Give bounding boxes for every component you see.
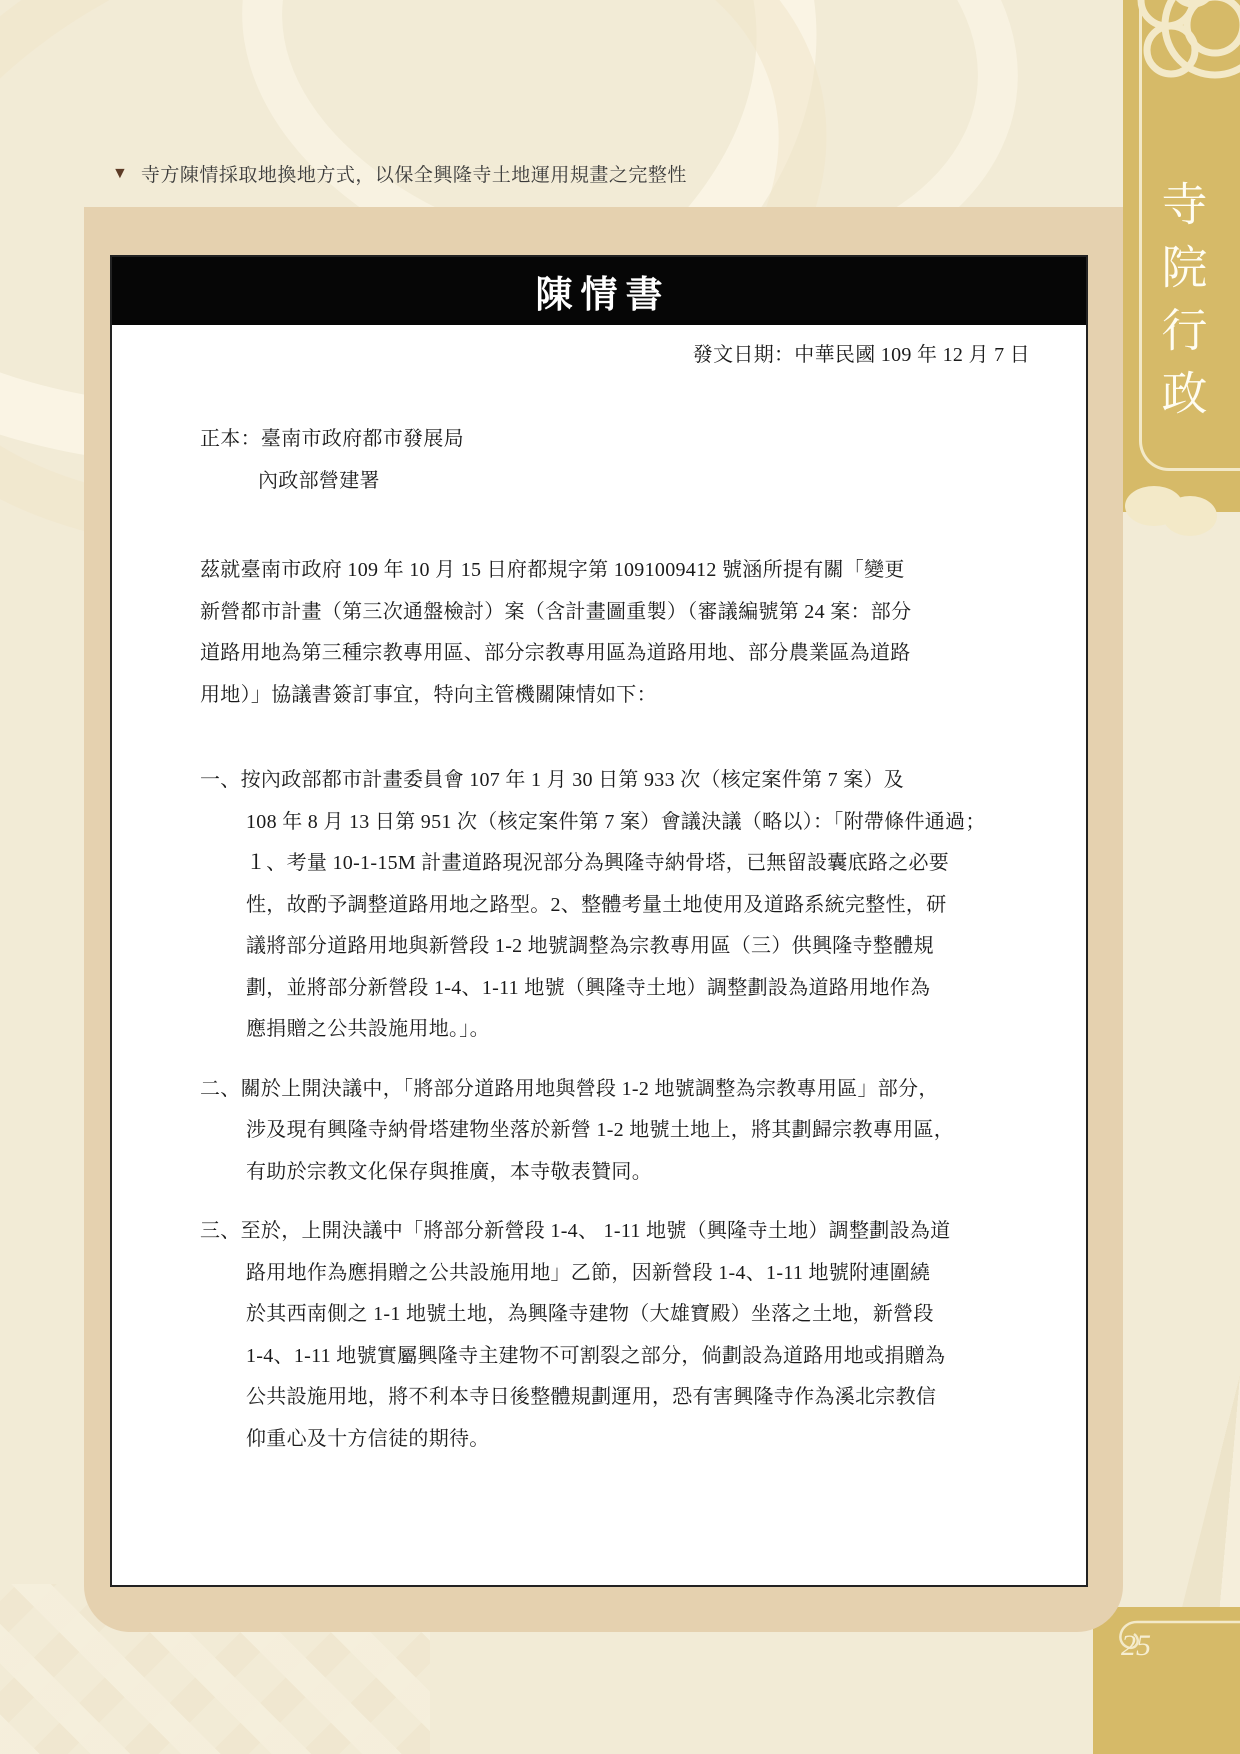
document-text-line: 劃，並將部分新營段 1-4、1-11 地號（興隆寺土地）調整劃設為道路用地作為 xyxy=(246,968,1030,1010)
chapter-sidebar-band: 寺院行政 xyxy=(1123,0,1240,512)
book-page: 寺院行政 25 ▼ 寺方陳情採取地換地方式，以保全興隆寺土地運用規畫之完整性 陳… xyxy=(0,0,1240,1754)
document-text-line: １、考量 10-1-15M 計畫道路現況部分為興隆寺納骨塔，已無留設囊底路之必要 xyxy=(246,843,1030,885)
issue-date-line: 發文日期：中華民國 109 年 12 月 7 日 xyxy=(200,337,1030,373)
page-number-corner: 25 xyxy=(1093,1607,1240,1754)
document-text-line: 一、按內政部都市計畫委員會 107 年 1 月 30 日第 933 次（核定案件… xyxy=(200,760,1030,802)
chapter-title-vertical: 寺院行政 xyxy=(1159,180,1205,432)
document-body: 發文日期：中華民國 109 年 12 月 7 日 正本：臺南市政府都市發展局內政… xyxy=(112,337,1086,1460)
document-text-line: 有助於宗教文化保存與推廣，本寺敬表贊同。 xyxy=(246,1152,1030,1194)
document-text-line: 用地）」協議書簽訂事宜，特向主管機關陳情如下： xyxy=(200,675,1030,717)
intro-paragraph: 茲就臺南市政府 109 年 10 月 15 日府都規字第 1091009412 … xyxy=(200,550,1030,716)
petition-document: 陳情書 發文日期：中華民國 109 年 12 月 7 日 正本：臺南市政府都市發… xyxy=(110,255,1088,1587)
document-text-line: 茲就臺南市政府 109 年 10 月 15 日府都規字第 1091009412 … xyxy=(200,550,1030,592)
page-number: 25 xyxy=(1121,1629,1151,1663)
cloud-ornament xyxy=(1163,496,1217,536)
document-title: 陳情書 xyxy=(528,264,671,318)
document-text-line: 道路用地為第三種宗教專用區、部分宗教專用區為道路用地、部分農業區為道路 xyxy=(200,633,1030,675)
document-text-line: 路用地作為應捐贈之公共設施用地」乙節，因新營段 1-4、1-11 地號附連圍繞 xyxy=(246,1253,1030,1295)
document-text-line: 108 年 8 月 13 日第 951 次（核定案件第 7 案）會議決議（略以）… xyxy=(246,802,1030,844)
triangle-marker-icon: ▼ xyxy=(112,166,128,182)
document-text-line: 新營都市計畫（第三次通盤檢討）案（含計畫圖重製）（審議編號第 24 案：部分 xyxy=(200,592,1030,634)
item-3: 三、至於，上開決議中「將部分新營段 1-4、 1-11 地號（興隆寺土地）調整劃… xyxy=(200,1211,1030,1460)
section-heading: ▼ 寺方陳情採取地換地方式，以保全興隆寺土地運用規畫之完整性 xyxy=(112,160,687,187)
document-text-line: 1-4、1-11 地號實屬興隆寺主建物不可割裂之部分，倘劃設為道路用地或捐贈為 xyxy=(246,1336,1030,1378)
numbered-items: 一、按內政部都市計畫委員會 107 年 1 月 30 日第 933 次（核定案件… xyxy=(200,760,1030,1460)
recipient-line: 正本：臺南市政府都市發展局 xyxy=(200,419,1030,461)
document-title-bar: 陳情書 xyxy=(112,257,1086,325)
document-text-line: 二、關於上開決議中，「將部分道路用地與營段 1-2 地號調整為宗教專用區」部分， xyxy=(200,1069,1030,1111)
document-text-line: 仰重心及十方信徒的期待。 xyxy=(246,1419,1030,1461)
section-heading-text: 寺方陳情採取地換地方式，以保全興隆寺土地運用規畫之完整性 xyxy=(141,160,687,187)
recipient-block: 正本：臺南市政府都市發展局內政部營建署 xyxy=(200,419,1030,502)
document-text-line: 涉及現有興隆寺納骨塔建物坐落於新營 1-2 地號土地上，將其劃歸宗教專用區， xyxy=(246,1110,1030,1152)
document-text-line: 於其西南側之 1-1 地號土地，為興隆寺建物（大雄寶殿）坐落之土地，新營段 xyxy=(246,1294,1030,1336)
document-text-line: 三、至於，上開決議中「將部分新營段 1-4、 1-11 地號（興隆寺土地）調整劃… xyxy=(200,1211,1030,1253)
document-text-line: 議將部分道路用地與新營段 1-2 地號調整為宗教專用區（三）供興隆寺整體規 xyxy=(246,926,1030,968)
corner-curl-line-icon xyxy=(1093,1607,1240,1661)
item-1: 一、按內政部都市計畫委員會 107 年 1 月 30 日第 933 次（核定案件… xyxy=(200,760,1030,1051)
document-text-line: 公共設施用地，將不利本寺日後整體規劃運用，恐有害興隆寺作為溪北宗教信 xyxy=(246,1377,1030,1419)
document-text-line: 應捐贈之公共設施用地。」。 xyxy=(246,1009,1030,1051)
item-2: 二、關於上開決議中，「將部分道路用地與營段 1-2 地號調整為宗教專用區」部分，… xyxy=(200,1069,1030,1194)
recipient-line: 內政部營建署 xyxy=(258,461,1030,503)
document-text-line: 性，故酌予調整道路用地之路型。2、整體考量土地使用及道路系統完整性，研 xyxy=(246,885,1030,927)
